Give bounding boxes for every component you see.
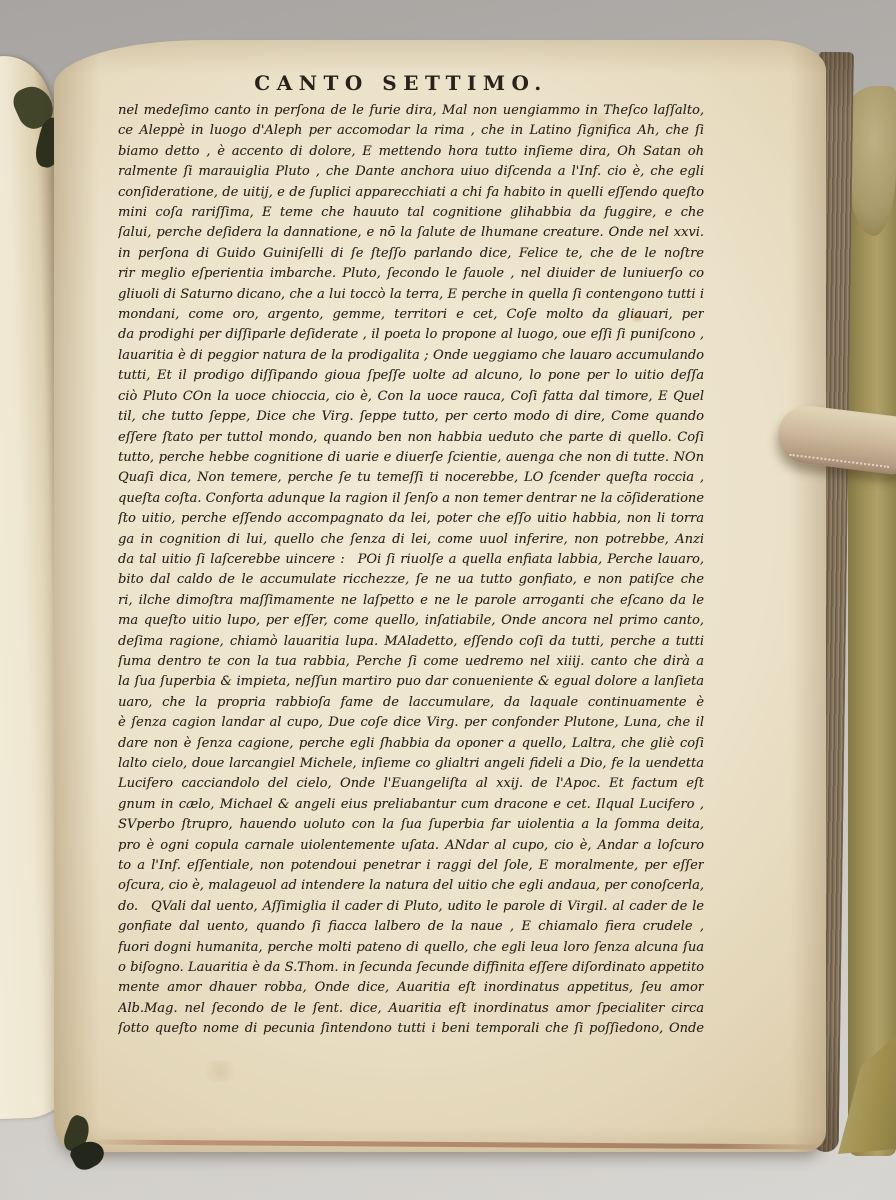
text-line: uaro, che la propria rabbioſa fame de la… — [118, 693, 704, 713]
book-photo: CANTO SETTIMO. nel medeſimo canto in per… — [0, 0, 896, 1200]
text-line: biamo detto , è accento di dolore, E met… — [118, 142, 704, 162]
text-line: ciò Pluto COn la uoce chioccia, cio è, C… — [118, 387, 704, 407]
text-line: queſta coſta. Conforta adunque la ragion… — [118, 489, 704, 509]
text-line: è ſenza cagion landar al cupo, Due coſe … — [118, 713, 704, 733]
text-line: ri, ilche dimoſtra maſſimamente ne laſpe… — [118, 591, 704, 611]
canto-heading: CANTO SETTIMO. — [108, 72, 694, 94]
text-line: eſſere ſtato per tuttol mondo, quando be… — [118, 428, 704, 448]
text-line: mini coſa rariſſima, E teme che hauuto t… — [118, 203, 704, 223]
text-line: lauaritia è di peggior natura de la prod… — [118, 346, 704, 366]
text-line: o biſogno. Lauaritia è da S.Thom. in ſec… — [118, 958, 704, 978]
text-line: da tal uitio ſi laſcerebbe uincere : POi… — [118, 550, 704, 570]
text-line: Quaſi dica, Non temere, perche ſe tu tem… — [118, 468, 704, 488]
text-line: lalto cielo, doue larcangiel Michele, in… — [118, 754, 704, 774]
text-line: ga in cognition di lui, quello che ſenza… — [118, 530, 704, 550]
text-line: mondani, come oro, argento, gemme, terri… — [118, 305, 704, 325]
text-line: fuori dogni humanita, perche molti paten… — [118, 938, 704, 958]
text-line: to a l'Inf. eſſentiale, non potendoui pe… — [118, 856, 704, 876]
text-line: pro è ogni copula carnale uiolentemente … — [118, 836, 704, 856]
text-line: gonfiate dal uento, quando ſi fiacca lal… — [118, 917, 704, 937]
text-line: Alb.Mag. nel ſecondo de le ſent. dice, A… — [118, 999, 704, 1019]
text-line: ralmente ſi marauiglia Pluto , che Dante… — [118, 162, 704, 182]
text-line: bito dal caldo de le accumulate ricchezz… — [118, 570, 704, 590]
text-line: mente amor dhauer robba, Onde dice, Auar… — [118, 978, 704, 998]
text-line: deſima ragione, chiamò lauaritia lupa. M… — [118, 632, 704, 652]
text-line: ſotto queſto nome di pecunia ſintendono … — [118, 1019, 704, 1039]
text-line: tutti, Et il prodigo diſſipando gioua ſp… — [118, 366, 704, 386]
text-line: ma queſto uitio lupo, per eſſer, come qu… — [118, 611, 704, 631]
text-line: conſideratione, de uitij, e de ſuplici a… — [118, 183, 704, 203]
text-line: gliuoli di Saturno dicano, che a lui toc… — [118, 285, 704, 305]
text-line: tutto, perche hebbe cognitione di uarie … — [118, 448, 704, 468]
text-line: oſcura, cio è, malageuol ad intendere la… — [118, 876, 704, 896]
text-line: rir meglio eſperientia imbarche. Pluto, … — [118, 264, 704, 284]
page-text: CANTO SETTIMO. nel medeſimo canto in per… — [118, 72, 704, 1040]
text-line: gnum in cælo, Michael & angeli eius prel… — [118, 795, 704, 815]
text-line: nel medeſimo canto in perſona de le furi… — [118, 101, 704, 121]
text-line: ſto uitio, perche eſſendo accompagnato d… — [118, 509, 704, 529]
text-line: til, che tutto ſeppe, Dice che Virg. ſep… — [118, 407, 704, 427]
paper-stain — [200, 1060, 240, 1082]
text-line: da prodighi per diſſiparle deſiderate , … — [118, 325, 704, 345]
text-line: la ſua ſuperbia & impieta, neſſun martir… — [118, 672, 704, 692]
text-line: ſalui, perche deſidera la dannatione, e … — [118, 223, 704, 243]
vellum-cover — [848, 88, 896, 1156]
text-line: Lucifero cacciandolo del cielo, Onde l'E… — [118, 774, 704, 794]
text-line: dare non è ſenza cagione, perche egli ſh… — [118, 734, 704, 754]
text-column: nel medeſimo canto in perſona de le furi… — [118, 101, 704, 1040]
text-line: SVperbo ſtrupro, hauendo uoluto con la ſ… — [118, 815, 704, 835]
text-line: in perſona di Guido Guiniſelli di ſe ſte… — [118, 244, 704, 264]
text-line: do. QVali dal uento, Aſſimiglia il cader… — [118, 897, 704, 917]
text-line: ſuma dentro te con la tua rabbia, Perche… — [118, 652, 704, 672]
text-line: ce Aleppè in luogo d'Aleph per accomodar… — [118, 121, 704, 141]
